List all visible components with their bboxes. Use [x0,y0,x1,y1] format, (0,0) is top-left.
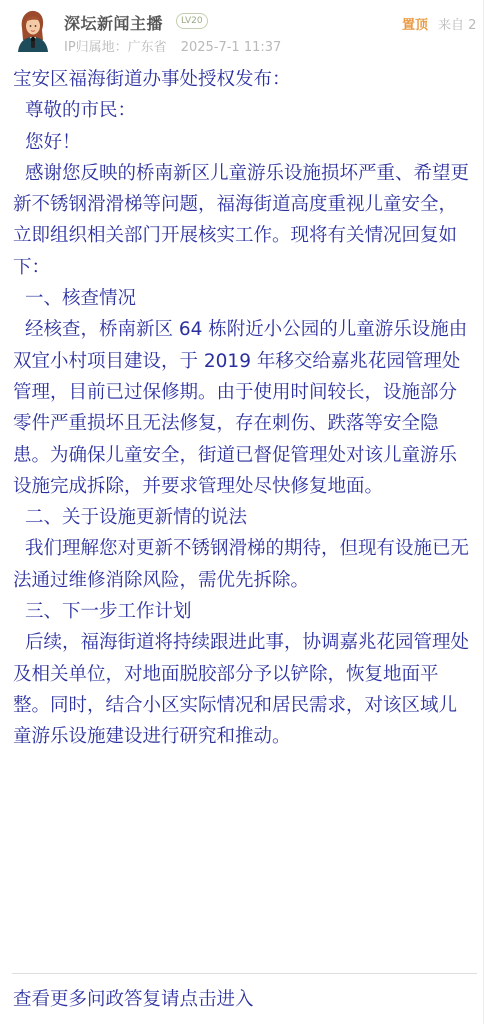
avatar[interactable] [14,8,50,52]
body-paragraph: 感谢您反映的桥南新区儿童游乐设施损坏严重、希望更新不锈钢滑滑梯等问题，福海街道高… [13,158,475,283]
section-heading: 一、核查情况 [13,283,475,314]
footer-divider [12,973,477,974]
section-heading: 二、关于设施更新情的说法 [13,502,475,533]
scrollbar-track [483,0,484,1024]
post-body: 宝安区福海街道办事处授权发布： 尊敬的市民： 您好！ 感谢您反映的桥南新区儿童游… [13,64,475,753]
post-meta: IP归属地：广东省2025-7-1 11:37 [64,36,281,55]
more-replies-link[interactable]: 查看更多问政答复请点击进入 [13,985,254,1011]
post-intro: 宝安区福海街道办事处授权发布： [13,64,475,95]
author-name[interactable]: 深坛新闻主播 [64,11,163,34]
section-heading: 三、下一步工作计划 [13,596,475,627]
ip-location: IP归属地：广东省 [64,40,167,55]
body-paragraph: 我们理解您对更新不锈钢滑梯的期待，但现有设施已无法通过维修消除风险，需优先拆除。 [13,533,475,596]
salutation: 尊敬的市民： [13,95,475,126]
source-label: 来自 2 [438,14,476,33]
body-paragraph: 后续，福海街道将持续跟进此事，协调嘉兆花园管理处及相关单位，对地面脱胶部分予以铲… [13,627,475,752]
news-anchor-avatar-icon [14,8,50,52]
post-header: 深坛新闻主播 LV20 IP归属地：广东省2025-7-1 11:37 置顶 来… [0,0,489,60]
level-badge: LV20 [176,13,208,29]
post-timestamp: 2025-7-1 11:37 [181,40,282,55]
greeting: 您好！ [13,127,475,158]
pinned-badge: 置顶 [402,14,428,33]
body-paragraph: 经核查，桥南新区 64 栋附近小公园的儿童游乐设施由双宜小村项目建设，于 201… [13,314,475,502]
